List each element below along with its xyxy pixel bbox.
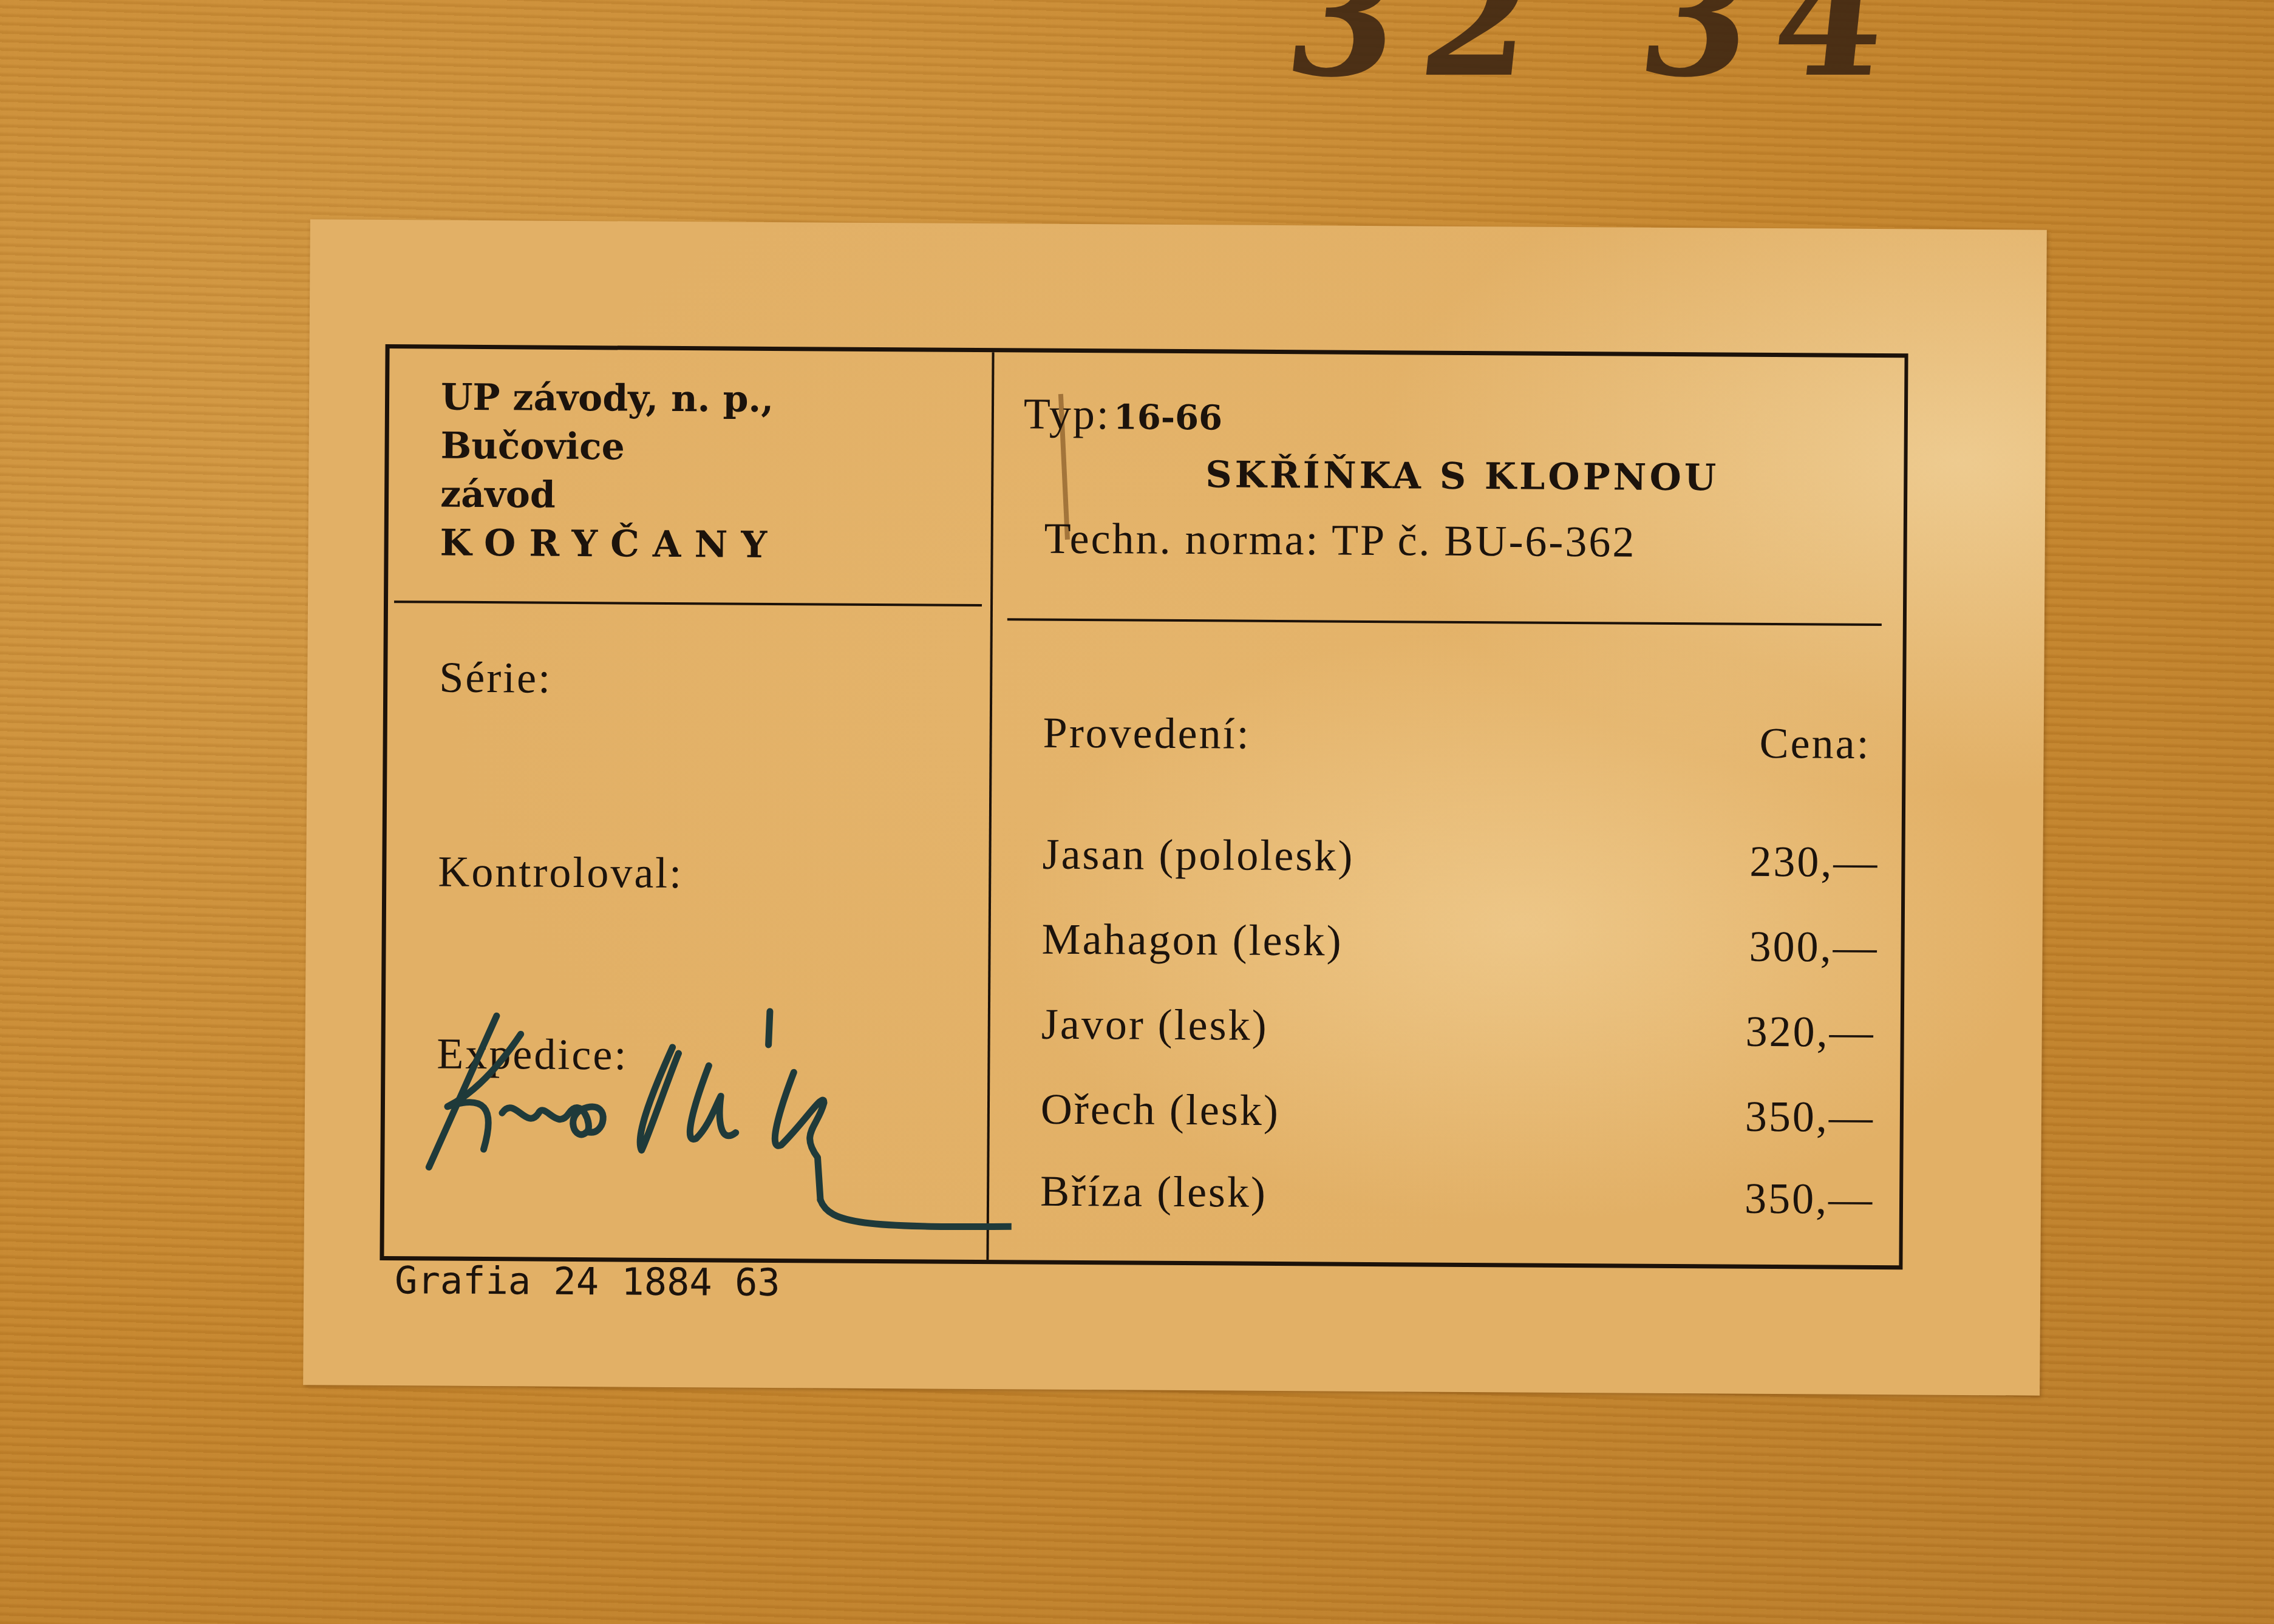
maker-line-4: KORYČANY xyxy=(440,522,780,566)
product-name: SKŘÍŇKA S KLOPNOU xyxy=(1205,454,1719,499)
price-row: 350,— xyxy=(1745,1174,1874,1225)
price-row: 350,— xyxy=(1745,1092,1875,1143)
marking-right: 34 xyxy=(1631,0,1919,112)
finish-header: Provedení: xyxy=(1043,708,1250,759)
finish-row: Jasan (pololesk) xyxy=(1042,829,1354,882)
type-line: Typ: 16-66 xyxy=(1024,389,1223,440)
maker-line-2: Bučovice xyxy=(440,425,625,469)
price-row: 230,— xyxy=(1749,837,1879,888)
handwritten-signature xyxy=(404,991,1013,1249)
type-label: Typ: xyxy=(1024,389,1111,438)
stenciled-number-marking: 3234 xyxy=(1278,0,1919,112)
serie-label: Série: xyxy=(439,653,552,704)
maker-line-1: UP závody, n. p., xyxy=(441,376,774,421)
price-row: 300,— xyxy=(1749,922,1879,973)
price-row: 320,— xyxy=(1746,1007,1876,1058)
type-value: 16-66 xyxy=(1114,397,1223,438)
price-header: Cena: xyxy=(1759,718,1870,769)
finish-row: Mahagon (lesk) xyxy=(1041,914,1343,967)
left-row-divider xyxy=(394,600,982,606)
kontroloval-label: Kontroloval: xyxy=(438,847,683,899)
finish-row: Ořech (lesk) xyxy=(1041,1084,1280,1136)
technical-norm: Techn. norma: TP č. BU-6-362 xyxy=(1044,514,1636,568)
product-label: UP závody, n. p., Bučovice závod KORYČAN… xyxy=(303,219,2047,1395)
marking-left: 32 xyxy=(1278,0,1565,112)
right-row-divider xyxy=(1007,618,1882,626)
printer-imprint: Grafia 24 1884 63 xyxy=(395,1258,780,1305)
maker-line-3: závod xyxy=(440,474,556,517)
finish-row: Bříza (lesk) xyxy=(1040,1166,1267,1218)
finish-row: Javor (lesk) xyxy=(1041,999,1268,1051)
